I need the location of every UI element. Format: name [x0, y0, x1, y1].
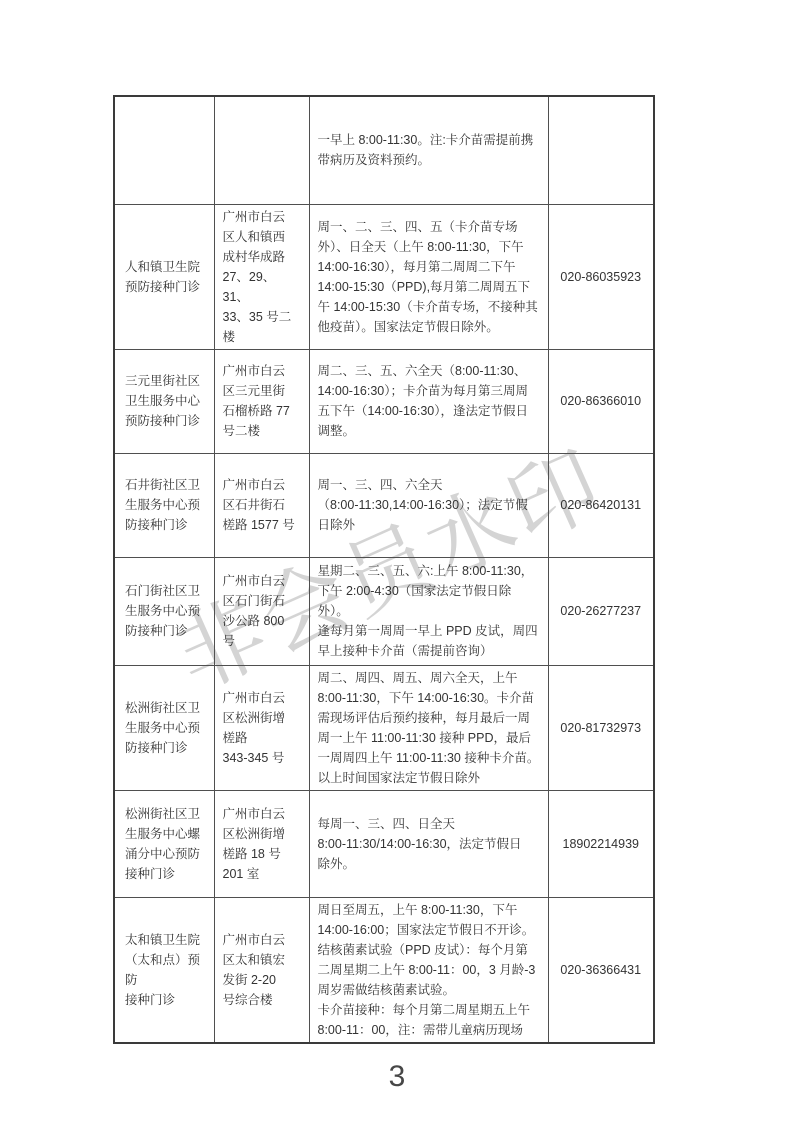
phone-cell: 020-36366431: [548, 897, 654, 1043]
table-row: 一早上 8:00-11:30。注:卡介苗需提前携带病历及资料预约。: [114, 96, 654, 204]
address-cell: 广州市白云 区石井街石 槎路 1577 号: [214, 453, 309, 557]
document-page: 非会员水印 一早上 8:00-11:30。注:卡介苗需提前携带病历及资料预约。 …: [0, 0, 794, 1122]
clinic-name-cell: [114, 96, 214, 204]
schedule-cell: 周一、二、三、四、五（卡介苗专场外）、日全天（上午 8:00-11:30，下午 …: [309, 204, 548, 349]
clinic-name-cell: 松洲街社区卫 生服务中心预 防接种门诊: [114, 665, 214, 790]
schedule-cell: 周日至周五，上午 8:00-11:30，下午 14:00-16:00；国家法定节…: [309, 897, 548, 1043]
address-cell: 广州市白云 区太和镇宏 发街 2-20 号综合楼: [214, 897, 309, 1043]
schedule-cell: 周二、三、五、六全天（8:00-11:30、14:00-16:30）；卡介苗为每…: [309, 349, 548, 453]
phone-cell: [548, 96, 654, 204]
phone-cell: 020-86420131: [548, 453, 654, 557]
clinic-name-cell: 松洲街社区卫 生服务中心螺 涌分中心预防 接种门诊: [114, 790, 214, 897]
table-row: 三元里街社区 卫生服务中心 预防接种门诊 广州市白云 区三元里街 石榴桥路 77…: [114, 349, 654, 453]
address-cell: 广州市白云 区人和镇西 成村华成路 27、29、31、 33、35 号二 楼: [214, 204, 309, 349]
schedule-cell: 星期二、三、五、六:上午 8:00-11:30，下午 2:00-4:30（国家法…: [309, 557, 548, 665]
table-row: 太和镇卫生院 （太和点）预防 接种门诊 广州市白云 区太和镇宏 发街 2-20 …: [114, 897, 654, 1043]
clinic-table: 一早上 8:00-11:30。注:卡介苗需提前携带病历及资料预约。 人和镇卫生院…: [113, 95, 655, 1044]
page-number: 3: [0, 1060, 794, 1094]
address-cell: 广州市白云 区三元里街 石榴桥路 77 号二楼: [214, 349, 309, 453]
schedule-cell: 每周一、三、四、日全天 8:00-11:30/14:00-16:30，法定节假日…: [309, 790, 548, 897]
schedule-cell: 一早上 8:00-11:30。注:卡介苗需提前携带病历及资料预约。: [309, 96, 548, 204]
schedule-cell: 周二、周四、周五、周六全天，上午 8:00-11:30，下午 14:00-16:…: [309, 665, 548, 790]
clinic-name-cell: 三元里街社区 卫生服务中心 预防接种门诊: [114, 349, 214, 453]
table-row: 石井街社区卫 生服务中心预 防接种门诊 广州市白云 区石井街石 槎路 1577 …: [114, 453, 654, 557]
address-cell: 广州市白云 区松洲街增 槎路 18 号 201 室: [214, 790, 309, 897]
schedule-cell: 周一、三、四、六全天 （8:00-11:30,14:00-16:30）；法定节假…: [309, 453, 548, 557]
phone-cell: 020-86366010: [548, 349, 654, 453]
address-cell: [214, 96, 309, 204]
phone-cell: 18902214939: [548, 790, 654, 897]
table-row: 人和镇卫生院 预防接种门诊 广州市白云 区人和镇西 成村华成路 27、29、31…: [114, 204, 654, 349]
table-row: 松洲街社区卫 生服务中心螺 涌分中心预防 接种门诊 广州市白云 区松洲街增 槎路…: [114, 790, 654, 897]
phone-cell: 020-86035923: [548, 204, 654, 349]
address-cell: 广州市白云 区石门街石 沙公路 800 号: [214, 557, 309, 665]
clinic-name-cell: 石门街社区卫 生服务中心预 防接种门诊: [114, 557, 214, 665]
table-row: 松洲街社区卫 生服务中心预 防接种门诊 广州市白云 区松洲街增 槎路 343-3…: [114, 665, 654, 790]
clinic-name-cell: 太和镇卫生院 （太和点）预防 接种门诊: [114, 897, 214, 1043]
phone-cell: 020-81732973: [548, 665, 654, 790]
table-row: 石门街社区卫 生服务中心预 防接种门诊 广州市白云 区石门街石 沙公路 800 …: [114, 557, 654, 665]
phone-cell: 020-26277237: [548, 557, 654, 665]
address-cell: 广州市白云 区松洲街增 槎路 343-345 号: [214, 665, 309, 790]
clinic-name-cell: 人和镇卫生院 预防接种门诊: [114, 204, 214, 349]
clinic-name-cell: 石井街社区卫 生服务中心预 防接种门诊: [114, 453, 214, 557]
